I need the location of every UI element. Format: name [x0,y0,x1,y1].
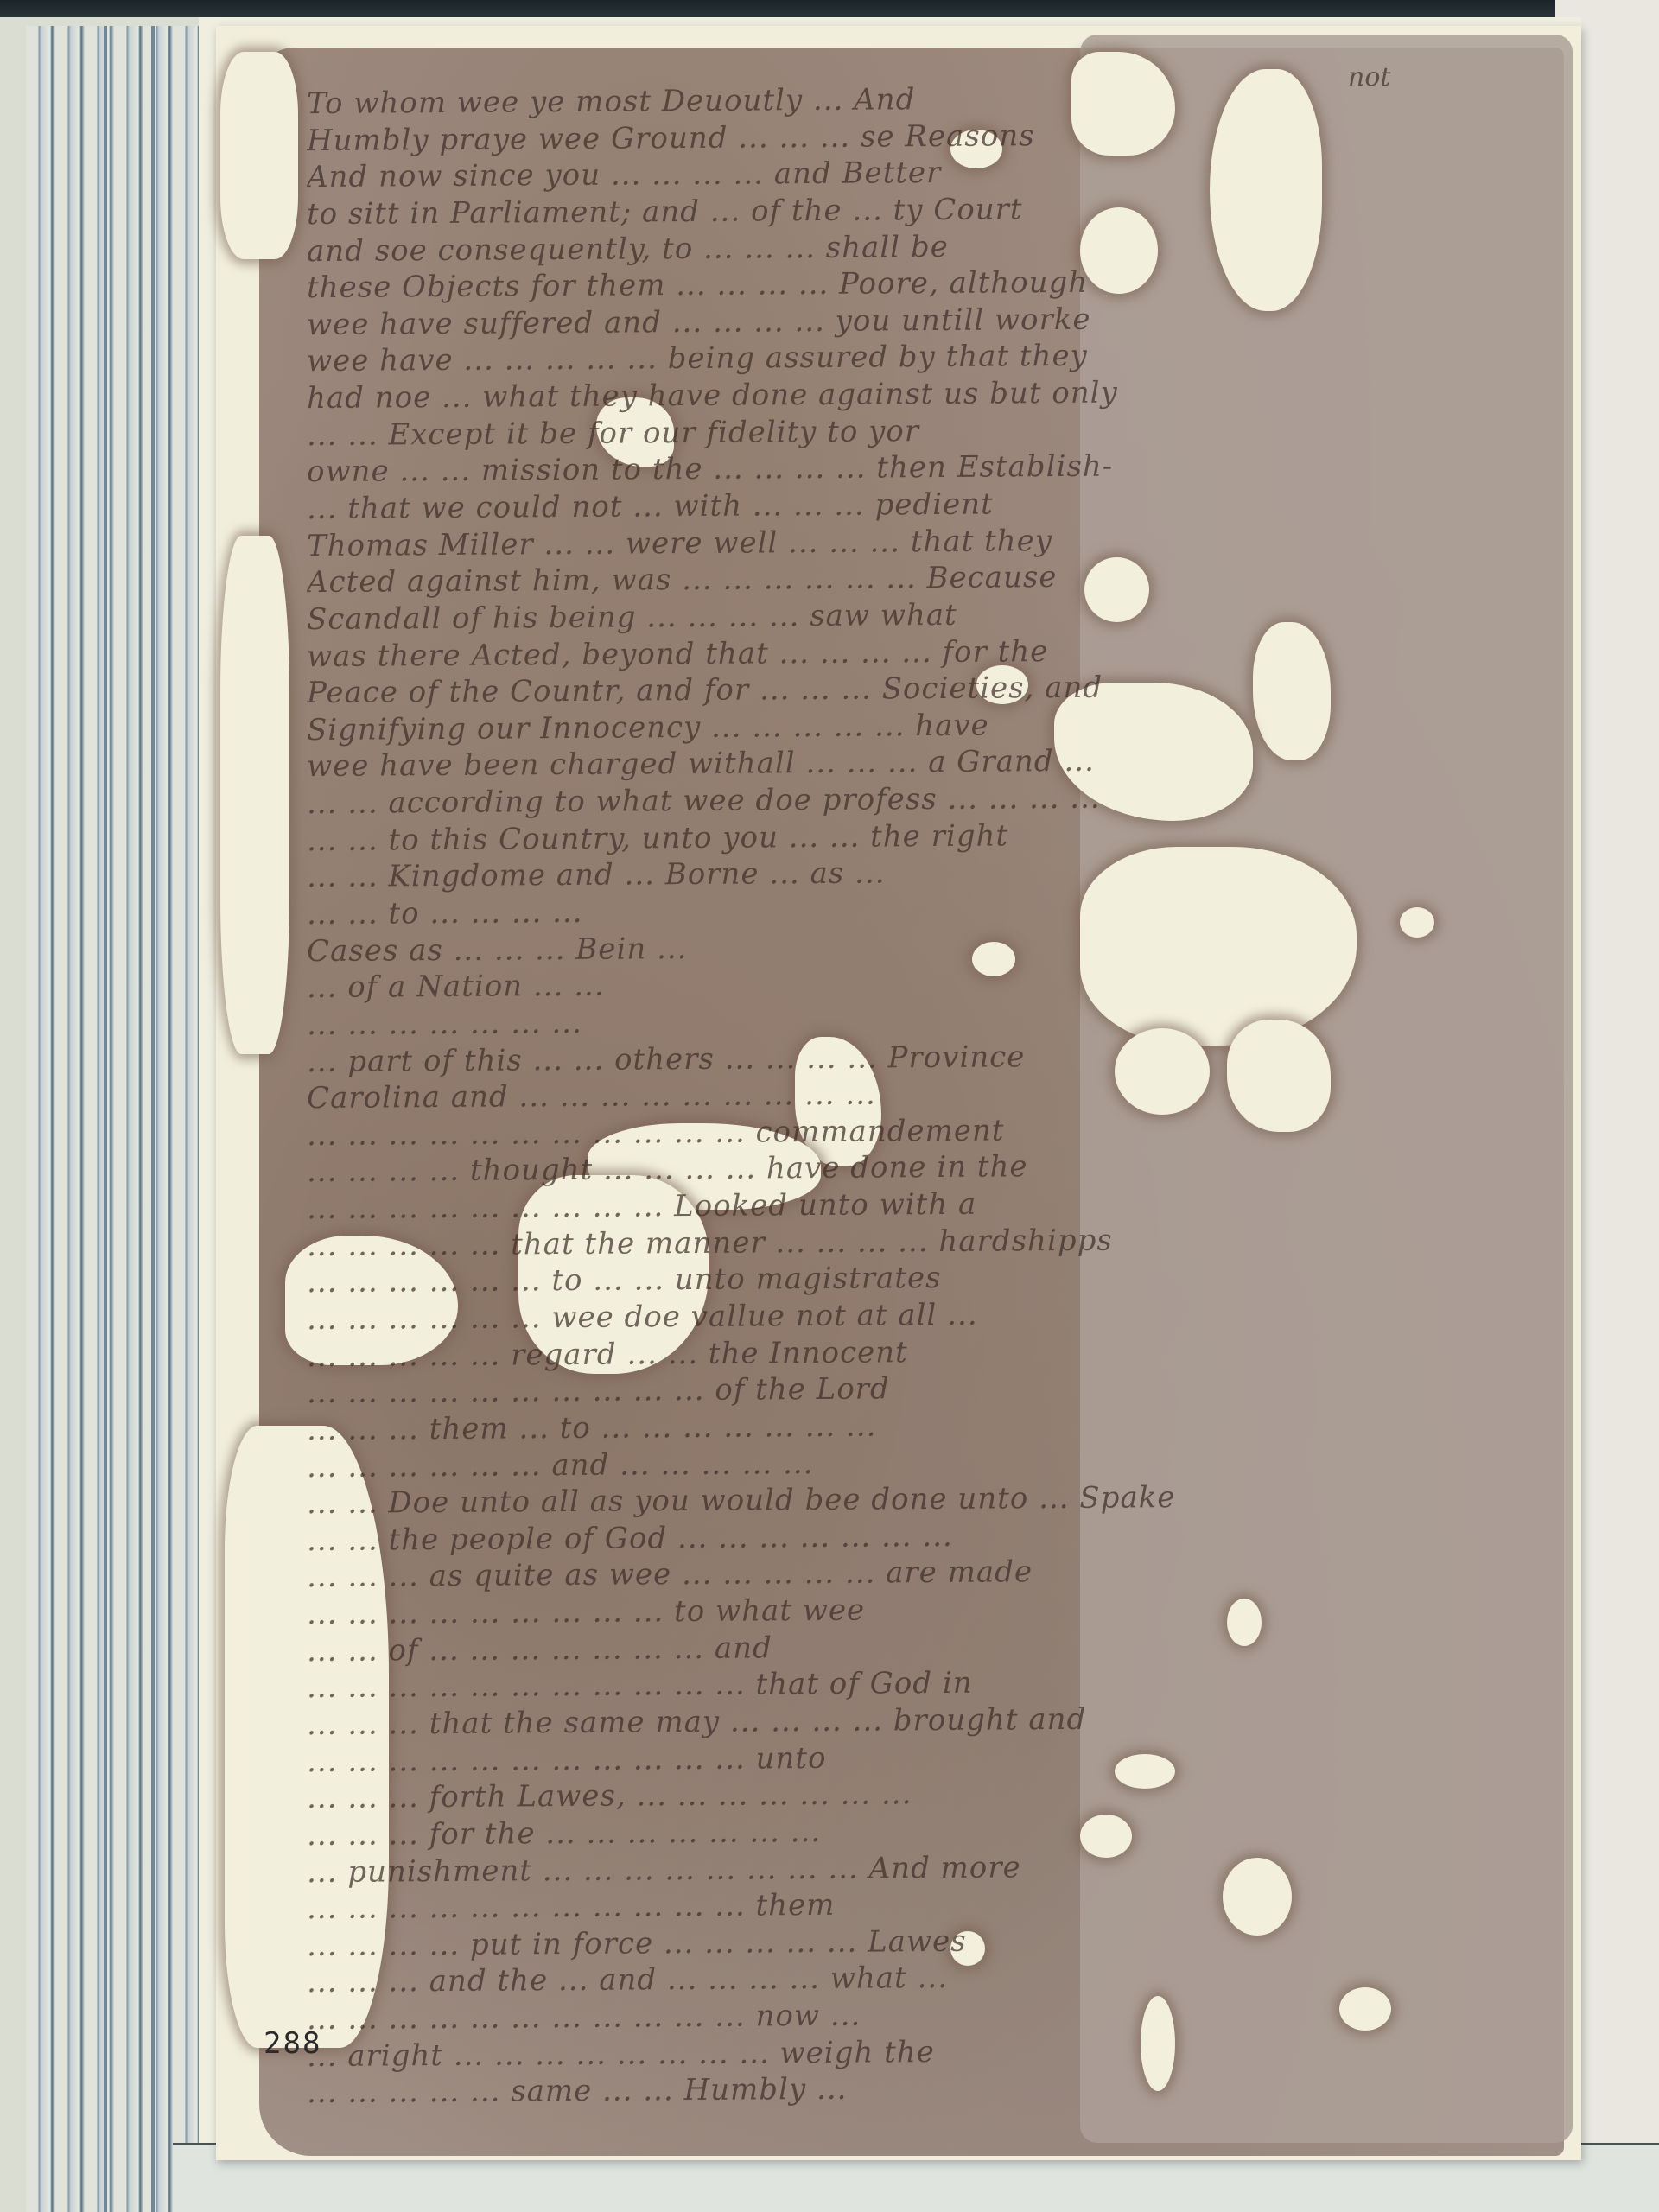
damage-edge-loss [220,536,289,1054]
page-stack-line [151,26,155,2212]
page-stack-line [104,26,107,2212]
page-stack-edges [26,26,207,2212]
folio-number: 288 [264,2026,321,2061]
margin-note: not [1348,62,1390,92]
damage-edge-loss [220,52,298,259]
